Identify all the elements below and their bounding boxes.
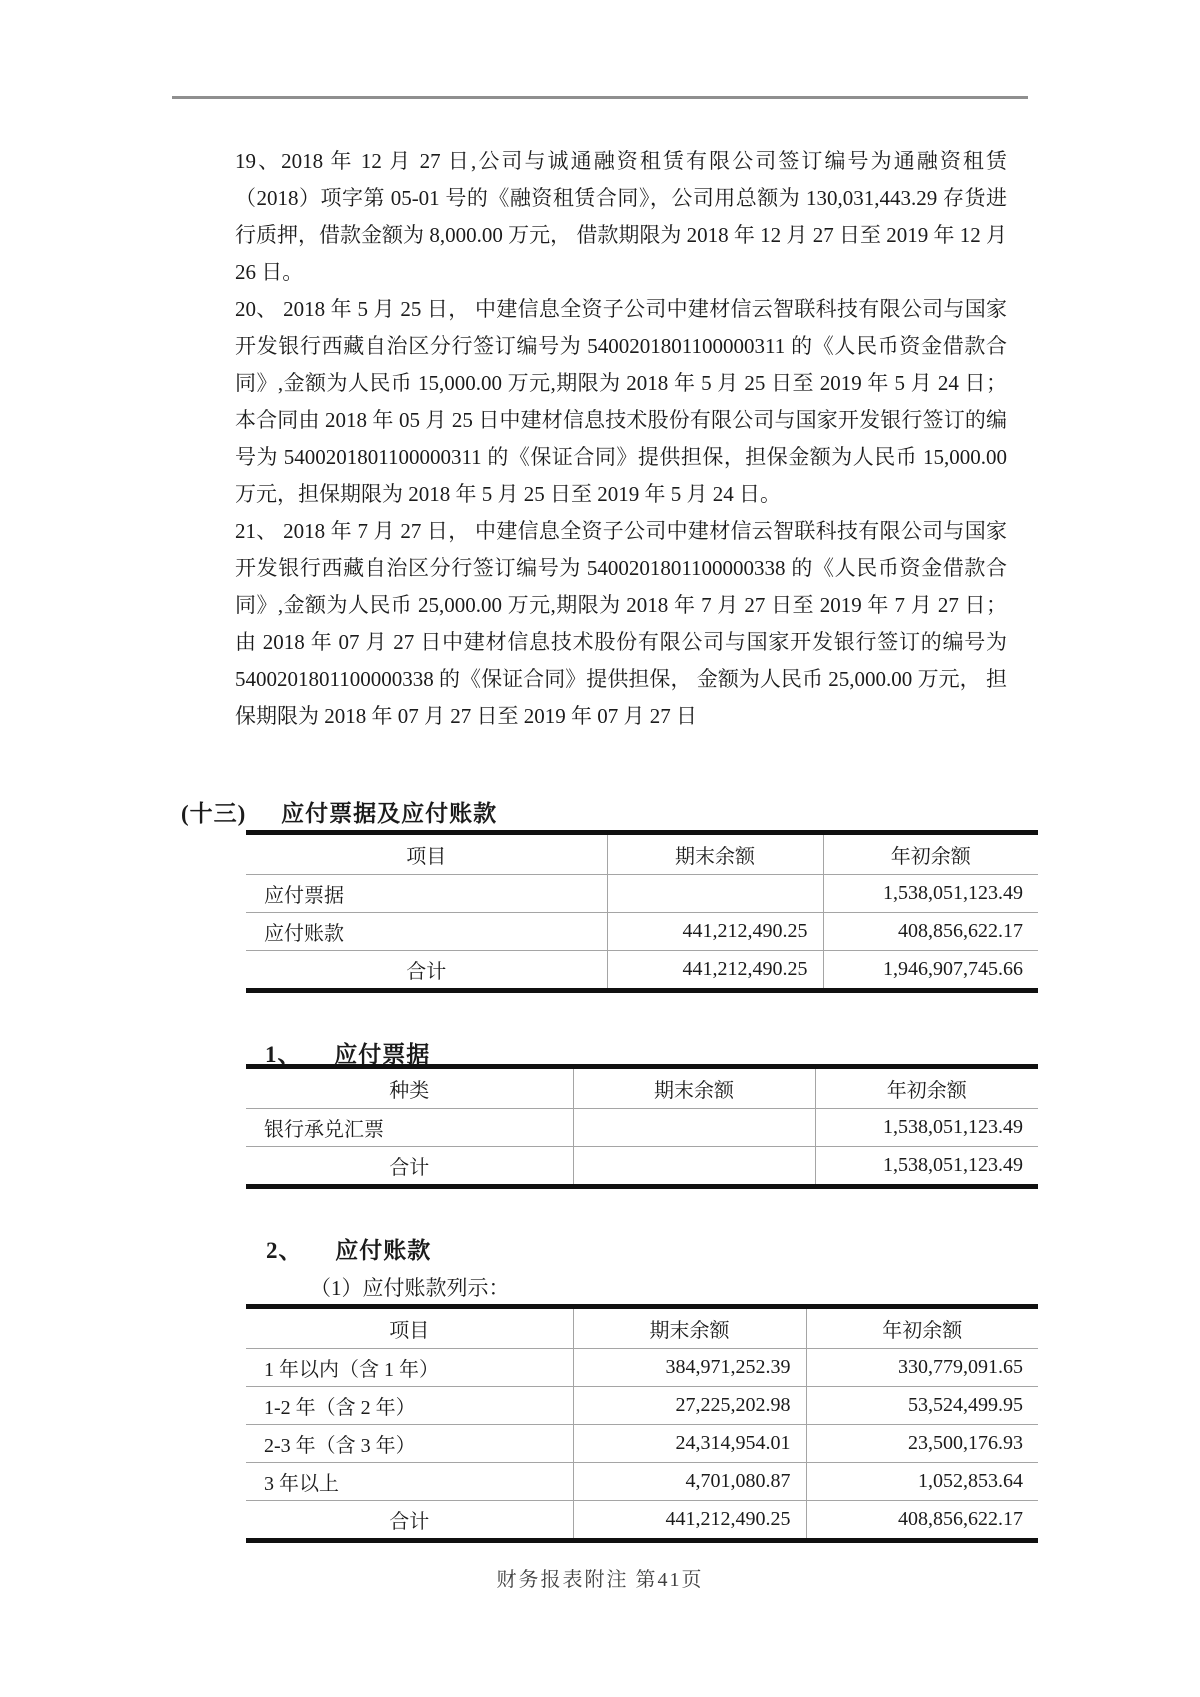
row-label-1-2-years: 1-2 年（含 2 年）	[246, 1387, 573, 1425]
cell-beginning-balance-total: 1,946,907,745.66	[823, 951, 1038, 991]
table-total-row: 合计 441,212,490.25 408,856,622.17	[246, 1501, 1038, 1541]
cell-beginning-balance: 1,538,051,123.49	[815, 1109, 1038, 1147]
cell-ending-balance-total	[573, 1147, 815, 1187]
section-13-label: (十三)	[181, 795, 246, 828]
row-label-over-3-years: 3 年以上	[246, 1463, 573, 1501]
table-row: 银行承兑汇票 1,538,051,123.49	[246, 1109, 1038, 1147]
table-total-row: 合计 1,538,051,123.49	[246, 1147, 1038, 1187]
cell-ending-balance	[573, 1109, 815, 1147]
table-total-row: 合计 441,212,490.25 1,946,907,745.66	[246, 951, 1038, 991]
table-header-row: 项目 期末余额 年初余额	[246, 1307, 1038, 1349]
header-rule-divider	[172, 96, 1028, 99]
table-row: 2-3 年（含 3 年） 24,314,954.01 23,500,176.93	[246, 1425, 1038, 1463]
column-header-beginning-balance: 年初余额	[823, 833, 1038, 875]
row-label-bank-acceptance: 银行承兑汇票	[246, 1109, 573, 1147]
cell-beginning-balance: 23,500,176.93	[806, 1425, 1038, 1463]
note-paragraph-20: 20、 2018 年 5 月 25 日， 中建信息全资子公司中建材信云智联科技有…	[235, 291, 1007, 513]
subsection-2-number: 2、	[266, 1232, 303, 1265]
cell-beginning-balance: 330,779,091.65	[806, 1349, 1038, 1387]
column-header-ending-balance: 期末余额	[573, 1067, 815, 1109]
cell-ending-balance: 441,212,490.25	[607, 913, 823, 951]
row-label-2-3-years: 2-3 年（含 3 年）	[246, 1425, 573, 1463]
row-label-accounts-payable: 应付账款	[246, 913, 607, 951]
cell-ending-balance: 4,701,080.87	[573, 1463, 806, 1501]
table-row: 应付票据 1,538,051,123.49	[246, 875, 1038, 913]
note-paragraph-19: 19、2018 年 12 月 27 日,公司与诚通融资租赁有限公司签订编号为通融…	[235, 143, 1007, 291]
cell-beginning-balance-total: 408,856,622.17	[806, 1501, 1038, 1541]
row-label-total: 合计	[246, 1147, 573, 1187]
cell-beginning-balance: 1,538,051,123.49	[823, 875, 1038, 913]
column-header-ending-balance: 期末余额	[573, 1307, 806, 1349]
accounts-payable-aging-table: 项目 期末余额 年初余额 1 年以内（含 1 年） 384,971,252.39…	[246, 1304, 1038, 1543]
cell-ending-balance	[607, 875, 823, 913]
section-13-heading: (十三) 应付票据及应付账款	[181, 795, 497, 828]
column-header-category: 种类	[246, 1067, 573, 1109]
subsection-2-title: 应付账款	[335, 1232, 431, 1265]
page-footer: 财务报表附注 第41页	[0, 1563, 1200, 1592]
notes-payable-table: 种类 期末余额 年初余额 银行承兑汇票 1,538,051,123.49 合计 …	[246, 1064, 1038, 1189]
row-label-notes-payable: 应付票据	[246, 875, 607, 913]
column-header-beginning-balance: 年初余额	[815, 1067, 1038, 1109]
cell-beginning-balance: 1,052,853.64	[806, 1463, 1038, 1501]
cell-ending-balance: 384,971,252.39	[573, 1349, 806, 1387]
column-header-item: 项目	[246, 1307, 573, 1349]
cell-ending-balance-total: 441,212,490.25	[573, 1501, 806, 1541]
cell-beginning-balance: 53,524,499.95	[806, 1387, 1038, 1425]
row-label-total: 合计	[246, 951, 607, 991]
table-row: 1-2 年（含 2 年） 27,225,202.98 53,524,499.95	[246, 1387, 1038, 1425]
section-13-title: 应付票据及应付账款	[281, 795, 497, 828]
accounts-payable-list-label: （1）应付账款列示：	[310, 1272, 510, 1302]
cell-ending-balance: 27,225,202.98	[573, 1387, 806, 1425]
table-row: 1 年以内（含 1 年） 384,971,252.39 330,779,091.…	[246, 1349, 1038, 1387]
table-header-row: 种类 期末余额 年初余额	[246, 1067, 1038, 1109]
document-page: 19、2018 年 12 月 27 日,公司与诚通融资租赁有限公司签订编号为通融…	[0, 0, 1200, 1697]
column-header-item: 项目	[246, 833, 607, 875]
note-paragraph-21: 21、 2018 年 7 月 27 日， 中建信息全资子公司中建材信云智联科技有…	[235, 513, 1007, 735]
table-header-row: 项目 期末余额 年初余额	[246, 833, 1038, 875]
subsection-2-heading: 2、 应付账款	[266, 1232, 431, 1265]
row-label-within-1-year: 1 年以内（含 1 年）	[246, 1349, 573, 1387]
cell-ending-balance: 24,314,954.01	[573, 1425, 806, 1463]
column-header-ending-balance: 期末余额	[607, 833, 823, 875]
notes-paragraphs: 19、2018 年 12 月 27 日,公司与诚通融资租赁有限公司签订编号为通融…	[235, 143, 1007, 735]
column-header-beginning-balance: 年初余额	[806, 1307, 1038, 1349]
table-row: 应付账款 441,212,490.25 408,856,622.17	[246, 913, 1038, 951]
payables-summary-table: 项目 期末余额 年初余额 应付票据 1,538,051,123.49 应付账款 …	[246, 830, 1038, 993]
cell-ending-balance-total: 441,212,490.25	[607, 951, 823, 991]
table-row: 3 年以上 4,701,080.87 1,052,853.64	[246, 1463, 1038, 1501]
cell-beginning-balance-total: 1,538,051,123.49	[815, 1147, 1038, 1187]
row-label-total: 合计	[246, 1501, 573, 1541]
cell-beginning-balance: 408,856,622.17	[823, 913, 1038, 951]
